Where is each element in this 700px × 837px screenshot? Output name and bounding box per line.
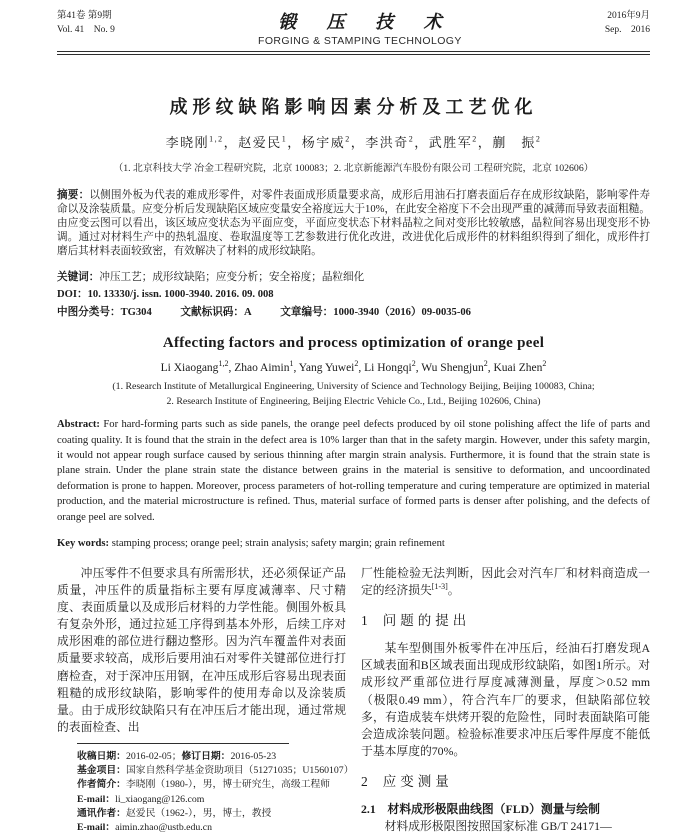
article-id-pair: 文章编号：1000-3940（2016）09-0035-06	[280, 307, 471, 318]
footnote-line: 基金项目：国家自然科学基金资助项目（51271035；U1560107）	[77, 764, 346, 778]
journal-name-en: FORGING & STAMPING TECHNOLOGY	[115, 35, 605, 47]
date-en: Sep. 2016	[605, 24, 650, 38]
section-2-title: 应变测量	[383, 774, 453, 789]
clc-pair: 中图分类号：TG304	[57, 307, 152, 318]
abstract-en: Abstract: For hard-forming parts such as…	[57, 417, 650, 525]
footnote-line: 作者简介：李晓刚（1980-），男，博士研究生，高级工程师	[77, 778, 346, 792]
author-name: Yang Yuwei2	[299, 362, 359, 374]
abstract-label-en: Abstract:	[57, 419, 100, 430]
keywords-en-line: Key words: stamping process; orange peel…	[57, 536, 650, 551]
keywords-label-cn: 关键词：	[57, 272, 99, 283]
section-1-paragraph: 某车型侧围外板零件在冲压后，经油石打磨发现A区域表面和B区域表面出现成形纹缺陷，…	[361, 640, 650, 760]
intro-paragraph-left: 冲压零件不但要求具有所需形状，还必须保证产品质量，冲压件的质量指标主要有厚度减薄…	[57, 565, 346, 736]
journal-page: 第41卷 第9期 Vol. 41 No. 9 锻 压 技 术 FORGING &…	[0, 0, 700, 837]
authors-cn: 李晓刚1,2，赵爱民1，杨宇威2，李洪奇2，武胜军2，蒯 振2	[57, 132, 650, 151]
author-name: 武胜军2	[429, 135, 478, 150]
clc-value: TG304	[121, 307, 152, 318]
doc-code-value: A	[244, 307, 252, 318]
doc-code-pair: 文献标识码：A	[180, 307, 251, 318]
authors-en: Li Xiaogang1,2, Zhao Aimin1, Yang Yuwei2…	[57, 362, 650, 374]
header-divider	[57, 51, 650, 55]
doc-code-label: 文献标识码：	[180, 307, 244, 318]
footnotes-block: 收稿日期：2016-02-05；修订日期：2016-05-23基金项目：国家自然…	[57, 750, 346, 836]
section-1-title: 问题的提出	[383, 613, 471, 628]
article-id-value: 1000-3940（2016）09-0035-06	[333, 307, 471, 318]
article-title-en: Affecting factors and process optimizati…	[57, 335, 650, 352]
affiliation-en: (1. Research Institute of Metallurgical …	[57, 380, 650, 409]
classification-line: 中图分类号：TG304 文献标识码：A 文章编号：1000-3940（2016）…	[57, 305, 650, 321]
body-columns: 冲压零件不但要求具有所需形状，还必须保证产品质量，冲压件的质量指标主要有厚度减薄…	[57, 565, 650, 836]
doi-line: DOI：10. 13330/j. issn. 1000-3940. 2016. …	[57, 287, 650, 303]
keywords-cn-line: 关键词：冲压工艺；成形纹缺陷；应变分析；安全裕度；晶粒细化	[57, 270, 650, 286]
abstract-label-cn: 摘要：	[57, 190, 89, 201]
footnote-line: E-mail：aimin.zhao@ustb.edu.cn	[77, 821, 346, 835]
section-2-1-paragraph: 材料成形极限图按照国家标准 GB/T 24171—	[361, 818, 650, 835]
doi-value: 10. 13330/j. issn. 1000-3940. 2016. 09. …	[88, 289, 274, 300]
article-id-label: 文章编号：	[280, 307, 333, 318]
author-name: Kuai Zhen2	[494, 362, 547, 374]
abstract-cn: 摘要：以侧围外板为代表的难成形零件，对零件表面成形质量要求高，成形后用油石打磨表…	[57, 189, 650, 259]
intro-paragraph-right: 厂性能检验无法判断，因此会对汽车厂和材料商造成一定的经济损失[1-3]。	[361, 565, 650, 599]
footnote-line: 通讯作者：赵爱民（1962-），男，博士，教授	[77, 807, 346, 821]
author-name: 杨宇威2	[302, 135, 351, 150]
affiliation-en-line2: 2. Research Institute of Engineering, Be…	[57, 395, 650, 410]
volume-issue-block: 第41卷 第9期 Vol. 41 No. 9	[57, 10, 115, 37]
affiliation-en-line1: (1. Research Institute of Metallurgical …	[57, 380, 650, 395]
section-2-1-heading: 2.1 材料成形极限曲线图（FLD）测量与绘制	[361, 801, 650, 818]
section-2-number: 2	[361, 774, 368, 789]
intro-right-end: 。	[448, 583, 460, 597]
author-name: Li Hongqi2	[364, 362, 416, 374]
abstract-text-en: For hard-forming parts such as side pane…	[57, 419, 650, 522]
footnote-line: E-mail：li_xiaogang@126.com	[77, 793, 346, 807]
affiliation-cn: （1. 北京科技大学 冶金工程研究院，北京 100083；2. 北京新能源汽车股…	[57, 160, 650, 174]
date-block: 2016年9月 Sep. 2016	[605, 10, 650, 37]
volume-issue-cn: 第41卷 第9期	[57, 10, 115, 24]
date-cn: 2016年9月	[605, 10, 650, 24]
section-1-heading: 1问题的提出	[361, 612, 650, 629]
journal-header: 第41卷 第9期 Vol. 41 No. 9 锻 压 技 术 FORGING &…	[57, 10, 650, 47]
author-name: 赵爱民1	[238, 135, 287, 150]
footnote-line: 收稿日期：2016-02-05；修订日期：2016-05-23	[77, 750, 346, 764]
volume-issue-en: Vol. 41 No. 9	[57, 24, 115, 38]
author-name: Wu Shengjun2	[421, 362, 487, 374]
doi-label: DOI：	[57, 289, 88, 300]
left-column: 冲压零件不但要求具有所需形状，还必须保证产品质量，冲压件的质量指标主要有厚度减薄…	[57, 565, 346, 836]
keywords-text-cn: 冲压工艺；成形纹缺陷；应变分析；安全裕度；晶粒细化	[99, 272, 364, 283]
clc-label: 中图分类号：	[57, 307, 121, 318]
author-name: 李晓刚1,2	[166, 135, 224, 150]
section-2-heading: 2应变测量	[361, 773, 650, 790]
citation-ref: [1-3]	[432, 582, 448, 591]
article-title-cn: 成形纹缺陷影响因素分析及工艺优化	[57, 93, 650, 119]
intro-right-text: 厂性能检验无法判断，因此会对汽车厂和材料商造成一定的经济损失	[361, 566, 650, 597]
keywords-text-en: stamping process; orange peel; strain an…	[112, 538, 445, 549]
right-column: 厂性能检验无法判断，因此会对汽车厂和材料商造成一定的经济损失[1-3]。 1问题…	[361, 565, 650, 836]
author-name: 李洪奇2	[365, 135, 414, 150]
footnote-divider	[77, 743, 289, 744]
author-name: 蒯 振2	[492, 135, 541, 150]
abstract-text-cn: 以侧围外板为代表的难成形零件，对零件表面成形质量要求高，成形后用油石打磨表面后存…	[57, 190, 650, 257]
section-1-number: 1	[361, 613, 368, 628]
journal-name-block: 锻 压 技 术 FORGING & STAMPING TECHNOLOGY	[115, 8, 605, 47]
journal-name-cn: 锻 压 技 术	[115, 8, 605, 34]
author-name: Li Xiaogang1,2	[161, 362, 229, 374]
keywords-label-en: Key words:	[57, 538, 109, 549]
author-name: Zhao Aimin1	[234, 362, 293, 374]
